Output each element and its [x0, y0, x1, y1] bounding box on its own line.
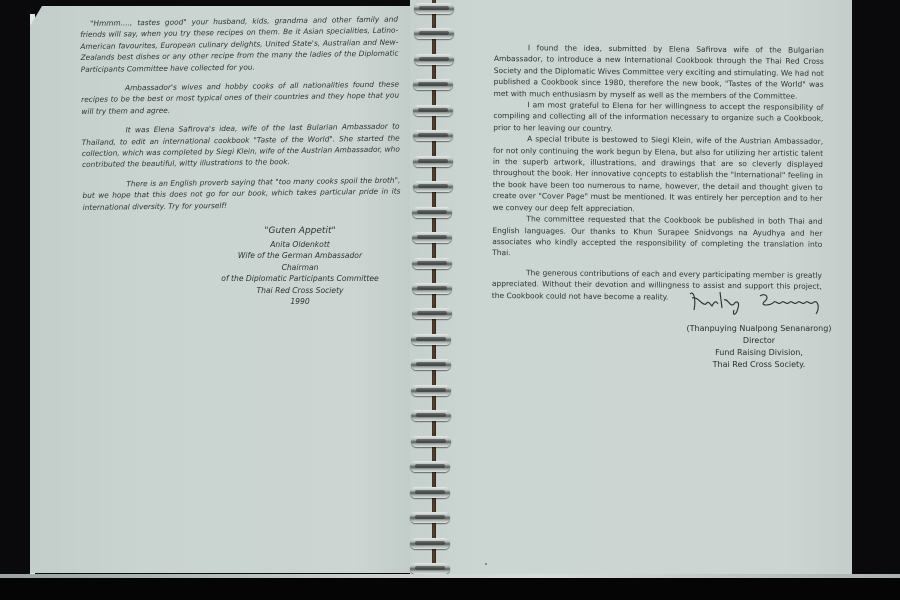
- spiral-coil: [413, 79, 453, 90]
- left-page-body: "Hmmm...., tastes good" your husband, ki…: [80, 14, 401, 222]
- background-surface: [0, 578, 900, 600]
- spiral-coil: [410, 487, 450, 498]
- signatory-title: Wife of the German Ambassador: [210, 250, 390, 262]
- spiral-coil: [411, 359, 451, 370]
- paragraph: I am most grateful to Elena for her will…: [493, 99, 823, 136]
- signatory-organization: Thai Red Cross Society: [210, 285, 390, 297]
- spiral-coil: [411, 385, 451, 396]
- paragraph: There is an English proverb saying that …: [82, 174, 400, 213]
- signatory-division: Fund Raising Division,: [672, 347, 846, 359]
- paragraph: I found the idea, submitted by Elena Saf…: [494, 42, 824, 102]
- spiral-coil: [414, 3, 454, 14]
- spiral-coil: [413, 130, 453, 141]
- signatory-year: 1990: [210, 296, 390, 308]
- spiral-coil: [413, 105, 453, 116]
- spiral-coil: [412, 207, 452, 218]
- paper-speck: [640, 178, 642, 180]
- paragraph: A special tribute is bestowed to Siegi K…: [493, 133, 824, 216]
- paragraph: It was Elena Safirova's idea, wife of th…: [81, 121, 400, 171]
- signatory-title: Director: [672, 335, 846, 347]
- left-signature-block: "Guten Appetit" Anita Oldenkott Wife of …: [210, 226, 390, 308]
- signatory-role: Chairman: [210, 262, 390, 274]
- spiral-coil: [413, 156, 453, 167]
- paper-speck: [485, 563, 487, 565]
- spiral-coil: [411, 334, 451, 345]
- book-photo: "Hmmm...., tastes good" your husband, ki…: [0, 0, 900, 600]
- paragraph: "Hmmm...., tastes good" your husband, ki…: [80, 14, 399, 75]
- right-signature-block: (Thanpuying Nualpong Senanarong) Directo…: [672, 323, 846, 371]
- signatory-committee: of the Diplomatic Participants Committee: [210, 273, 390, 285]
- spiral-coil: [412, 283, 452, 294]
- spiral-coil: [411, 436, 451, 447]
- spiral-coil: [410, 538, 450, 549]
- spiral-coil: [410, 461, 450, 472]
- spiral-coil: [412, 232, 452, 243]
- spiral-coil: [410, 563, 450, 574]
- paragraph: Ambassador's wives and hobby cooks of al…: [81, 79, 399, 118]
- signatory-organization: Thai Red Cross Society.: [672, 359, 846, 371]
- right-page-body: I found the idea, submitted by Elena Saf…: [492, 42, 824, 304]
- spiral-coil: [414, 54, 454, 65]
- closing-line: "Guten Appetit": [210, 226, 390, 238]
- spiral-coil: [411, 410, 451, 421]
- paragraph: The committee requested that the Cookboo…: [492, 213, 822, 262]
- handwritten-signature-icon: [684, 286, 834, 320]
- spiral-coil: [413, 181, 453, 192]
- signatory-name: Anita Oldenkott: [210, 239, 390, 251]
- spiral-coil: [414, 28, 454, 39]
- spiral-coil: [412, 258, 452, 269]
- spiral-coil: [412, 308, 452, 319]
- signatory-name: (Thanpuying Nualpong Senanarong): [672, 323, 846, 335]
- spiral-coil: [410, 512, 450, 523]
